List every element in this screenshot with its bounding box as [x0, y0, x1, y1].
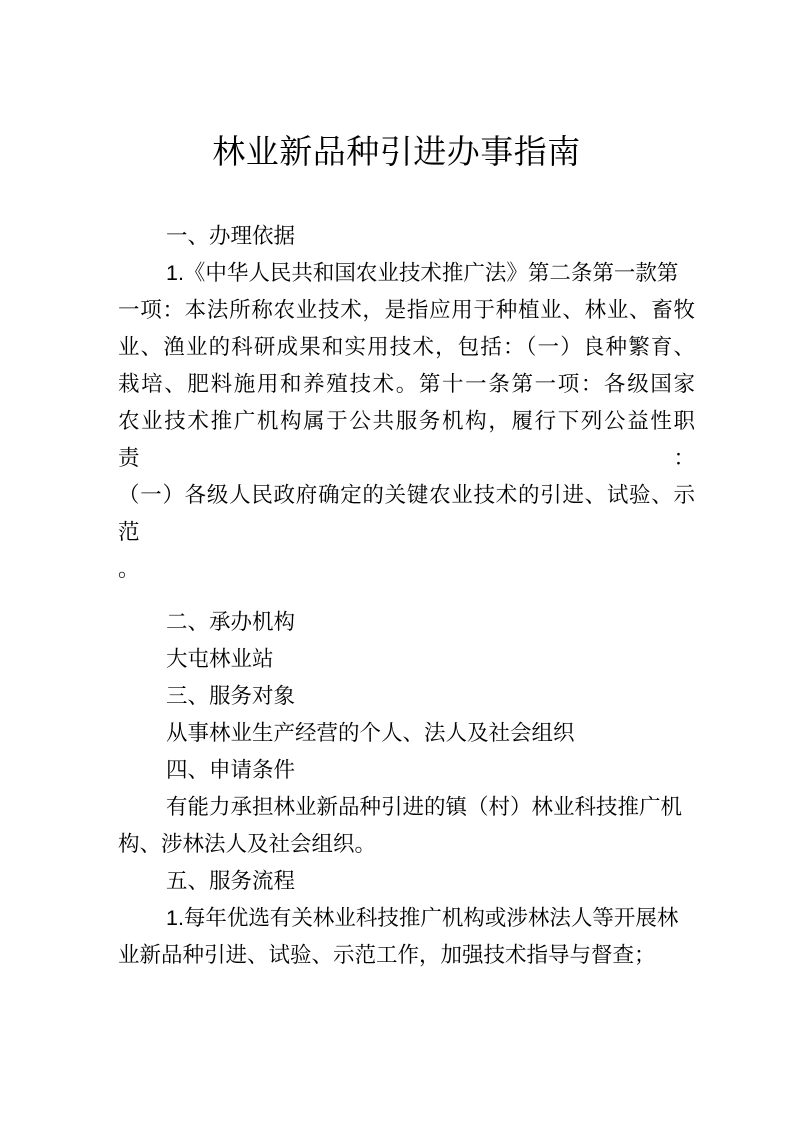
text-line: 农业技术推广机构属于公共服务机构，履行下列公益性职责：: [118, 403, 695, 477]
text-line: 有能力承担林业新品种引进的镇（村）林业科技推广机: [166, 789, 695, 826]
text-line: 业新品种引进、试验、示范工作，加强技术指导与督查；: [118, 937, 695, 974]
section-heading-2: 二、承办机构: [166, 604, 695, 641]
document-title: 林业新品种引进办事指南: [0, 130, 793, 174]
text-line: 业、渔业的科研成果和实用技术，包括：（一）良种繁育、: [118, 329, 695, 366]
text-line: 一项：本法所称农业技术，是指应用于种植业、林业、畜牧: [118, 292, 695, 329]
section-heading-1: 一、办理依据: [166, 218, 695, 255]
text-line: 从事林业生产经营的个人、法人及社会组织: [166, 715, 695, 752]
text-line: 1.每年优选有关林业科技推广机构或涉林法人等开展林: [166, 900, 695, 937]
section-heading-3: 三、服务对象: [166, 678, 695, 715]
text-line: 构、涉林法人及社会组织。: [118, 826, 695, 863]
section-heading-5: 五、服务流程: [166, 863, 695, 900]
text-line: 大屯林业站: [166, 641, 695, 678]
document-body: 一、办理依据 1.《中华人民共和国农业技术推广法》第二条第一款第 一项：本法所称…: [0, 218, 793, 974]
text-line: 1.《中华人民共和国农业技术推广法》第二条第一款第: [166, 255, 695, 292]
section-heading-4: 四、申请条件: [166, 752, 695, 789]
text-line: 栽培、肥料施用和养殖技术。第十一条第一项：各级国家: [118, 366, 695, 403]
text-line: （一）各级人民政府确定的关键农业技术的引进、试验、示范: [118, 477, 695, 551]
text-line: 。: [118, 551, 695, 588]
document-page: 林业新品种引进办事指南 一、办理依据 1.《中华人民共和国农业技术推广法》第二条…: [0, 0, 793, 1122]
